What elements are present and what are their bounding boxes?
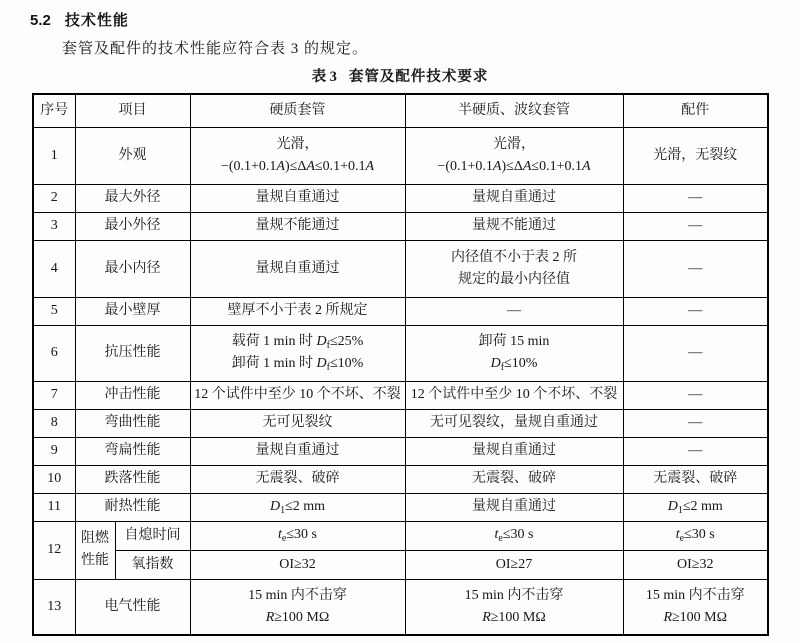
section-title: 技术性能 (65, 12, 129, 29)
cell-fitting: 无震裂、破碎 (623, 465, 768, 493)
cell-seq: 7 (33, 381, 75, 409)
cell-seq: 4 (33, 240, 75, 297)
table-row: 4 最小内径 量规自重通过 内径值不小于表 2 所规定的最小内径值 — (33, 240, 768, 297)
cell-item: 冲击性能 (75, 381, 190, 409)
cell-seq: 10 (33, 465, 75, 493)
cell-item: 抗压性能 (75, 325, 190, 381)
table-row: 1 外观 光滑，−(0.1+0.1A)≤ΔA≤0.1+0.1A 光滑，−(0.1… (33, 127, 768, 184)
cell-rigid: 量规自重通过 (190, 437, 405, 465)
cell-fitting: — (623, 297, 768, 325)
cell-seq: 6 (33, 325, 75, 381)
cell-fitting: — (623, 184, 768, 212)
cell-seq: 9 (33, 437, 75, 465)
cell-fitting: 光滑，无裂纹 (623, 127, 768, 184)
cell-semi: OI≥27 (405, 550, 623, 579)
cell-seq: 11 (33, 493, 75, 521)
cell-item: 外观 (75, 127, 190, 184)
cell-item: 跌落性能 (75, 465, 190, 493)
cell-fitting: 15 min 内不击穿R≥100 MΩ (623, 579, 768, 635)
table-row: 8 弯曲性能 无可见裂纹 无可见裂纹，量规自重通过 — (33, 409, 768, 437)
section-number: 5.2 (30, 12, 51, 29)
cell-seq: 3 (33, 212, 75, 240)
cell-seq: 13 (33, 579, 75, 635)
cell-fitting: — (623, 381, 768, 409)
cell-seq: 12 (33, 521, 75, 579)
cell-semi: 量规自重通过 (405, 493, 623, 521)
cell-seq: 2 (33, 184, 75, 212)
header-cell-seq: 序号 (33, 94, 75, 127)
cell-rigid: 15 min 内不击穿R≥100 MΩ (190, 579, 405, 635)
cell-item-sub: 氧指数 (115, 550, 190, 579)
cell-semi: 卸荷 15 minDf≤10% (405, 325, 623, 381)
cell-item: 最小内径 (75, 240, 190, 297)
cell-item: 最大外径 (75, 184, 190, 212)
header-cell-fittings: 配件 (623, 94, 768, 127)
cell-fitting: — (623, 325, 768, 381)
requirements-table: 序号 项目 硬质套管 半硬质、波纹套管 配件 1 外观 光滑，−(0.1+0.1… (32, 93, 769, 636)
header-cell-semi-rigid-conduit: 半硬质、波纹套管 (405, 94, 623, 127)
cell-rigid: 12 个试件中至少 10 个不坏、不裂 (190, 381, 405, 409)
table-caption: 表 3套管及配件技术要求 (0, 65, 800, 86)
cell-fitting: — (623, 212, 768, 240)
header-cell-item: 项目 (75, 94, 190, 127)
cell-rigid: OI≥32 (190, 550, 405, 579)
cell-seq: 1 (33, 127, 75, 184)
cell-fitting: — (623, 240, 768, 297)
cell-semi: 12 个试件中至少 10 个不坏、不裂 (405, 381, 623, 409)
cell-semi: 光滑，−(0.1+0.1A)≤ΔA≤0.1+0.1A (405, 127, 623, 184)
cell-item: 最小壁厚 (75, 297, 190, 325)
cell-rigid: 量规自重通过 (190, 184, 405, 212)
cell-item: 电气性能 (75, 579, 190, 635)
table-row: 7 冲击性能 12 个试件中至少 10 个不坏、不裂 12 个试件中至少 10 … (33, 381, 768, 409)
cell-seq: 5 (33, 297, 75, 325)
cell-rigid: te≤30 s (190, 521, 405, 550)
cell-semi: 量规自重通过 (405, 184, 623, 212)
cell-semi: 无可见裂纹，量规自重通过 (405, 409, 623, 437)
cell-fitting: — (623, 437, 768, 465)
cell-rigid: 壁厚不小于表 2 所规定 (190, 297, 405, 325)
cell-rigid: 载荷 1 min 时 Df≤25%卸荷 1 min 时 Df≤10% (190, 325, 405, 381)
cell-rigid: 光滑，−(0.1+0.1A)≤ΔA≤0.1+0.1A (190, 127, 405, 184)
table-row: 11 耐热性能 D1≤2 mm 量规自重通过 D1≤2 mm (33, 493, 768, 521)
cell-semi: 量规不能通过 (405, 212, 623, 240)
table-row: 9 弯扁性能 量规自重通过 量规自重通过 — (33, 437, 768, 465)
cell-semi: te≤30 s (405, 521, 623, 550)
table-row: 2 最大外径 量规自重通过 量规自重通过 — (33, 184, 768, 212)
table-row: 13 电气性能 15 min 内不击穿R≥100 MΩ 15 min 内不击穿R… (33, 579, 768, 635)
cell-seq: 8 (33, 409, 75, 437)
cell-item: 弯扁性能 (75, 437, 190, 465)
cell-fitting: te≤30 s (623, 521, 768, 550)
header-cell-rigid-conduit: 硬质套管 (190, 94, 405, 127)
table-caption-title: 套管及配件技术要求 (349, 69, 489, 85)
cell-item: 耐热性能 (75, 493, 190, 521)
table-header-row: 序号 项目 硬质套管 半硬质、波纹套管 配件 (33, 94, 768, 127)
cell-item-sub: 自熄时间 (115, 521, 190, 550)
cell-rigid: 无震裂、破碎 (190, 465, 405, 493)
cell-semi: 量规自重通过 (405, 437, 623, 465)
table-row: 氧指数 OI≥32 OI≥27 OI≥32 (33, 550, 768, 579)
cell-semi: 无震裂、破碎 (405, 465, 623, 493)
table-row: 3 最小外径 量规不能通过 量规不能通过 — (33, 212, 768, 240)
cell-item-group: 阻燃性能 (75, 521, 115, 579)
cell-fitting: OI≥32 (623, 550, 768, 579)
cell-semi: — (405, 297, 623, 325)
cell-item: 弯曲性能 (75, 409, 190, 437)
section-heading: 5.2技术性能 (30, 9, 800, 30)
cell-fitting: D1≤2 mm (623, 493, 768, 521)
cell-semi: 15 min 内不击穿R≥100 MΩ (405, 579, 623, 635)
table-row: 5 最小壁厚 壁厚不小于表 2 所规定 — — (33, 297, 768, 325)
cell-rigid: 量规自重通过 (190, 240, 405, 297)
intro-paragraph: 套管及配件的技术性能应符合表 3 的规定。 (62, 37, 800, 58)
cell-rigid: 无可见裂纹 (190, 409, 405, 437)
cell-fitting: — (623, 409, 768, 437)
table-caption-number: 表 3 (312, 69, 337, 85)
cell-rigid: 量规不能通过 (190, 212, 405, 240)
cell-item: 最小外径 (75, 212, 190, 240)
cell-rigid: D1≤2 mm (190, 493, 405, 521)
table-row: 10 跌落性能 无震裂、破碎 无震裂、破碎 无震裂、破碎 (33, 465, 768, 493)
table-row: 6 抗压性能 载荷 1 min 时 Df≤25%卸荷 1 min 时 Df≤10… (33, 325, 768, 381)
table-row: 12 阻燃性能 自熄时间 te≤30 s te≤30 s te≤30 s (33, 521, 768, 550)
cell-semi: 内径值不小于表 2 所规定的最小内径值 (405, 240, 623, 297)
